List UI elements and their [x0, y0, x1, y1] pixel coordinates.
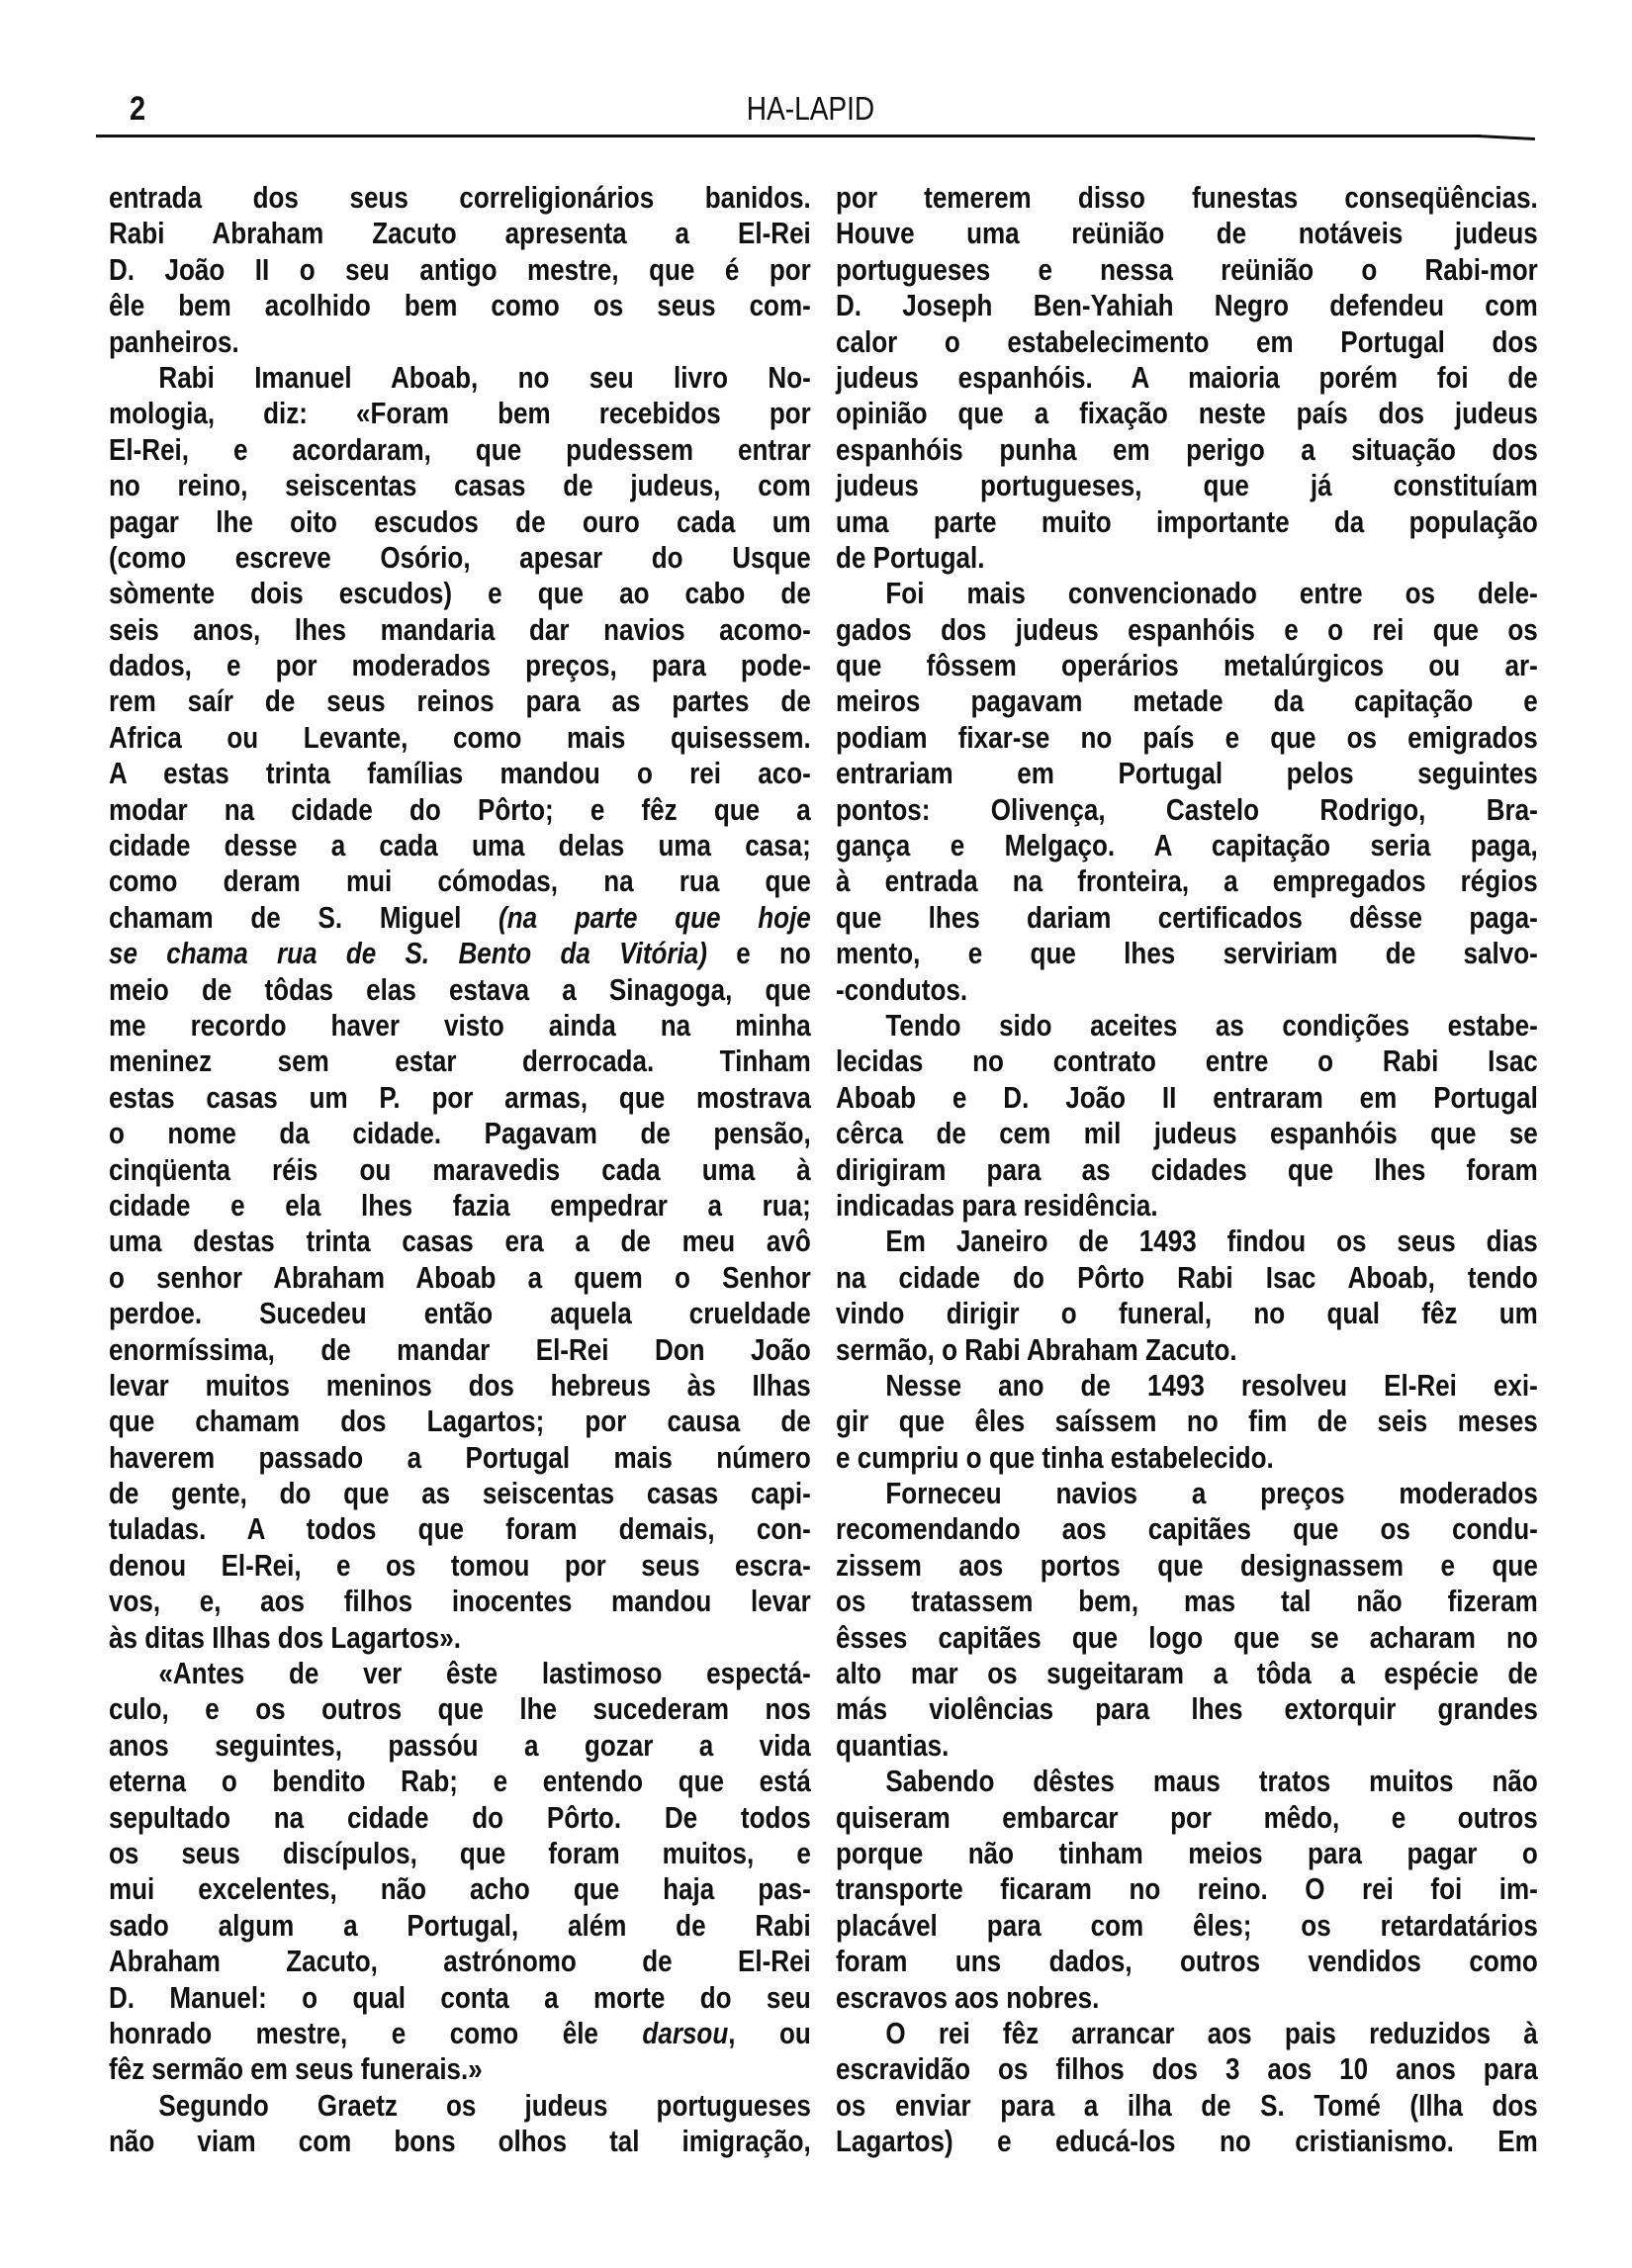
text-run: alto mar os sugeitaram a tôda a espécie … — [836, 1656, 1538, 1690]
text-run: gança e Melgaço. A capitação seria paga, — [836, 828, 1538, 862]
text-line: Foi mais convencionado entre os dele- — [836, 576, 1538, 611]
text-run: haverem passado a Portugal mais número — [109, 1440, 811, 1475]
text-line: os enviar para a ilha de S. Tomé (Ilha d… — [836, 2088, 1538, 2124]
left-column: entrada dos seus correligionários banido… — [109, 180, 811, 2159]
text-run: sado algum a Portugal, além de Rabi — [109, 1908, 811, 1943]
text-run: e cumpriu o que tinha estabelecido. — [836, 1440, 1274, 1475]
text-line: meiros pagavam metade da capitação e — [836, 683, 1538, 719]
text-run: portugueses e nessa reünião o Rabi-mor — [836, 252, 1538, 287]
text-run: não viam com bons olhos tal imigração, — [109, 2124, 811, 2158]
text-run: honrado mestre, e como êle — [109, 2016, 642, 2050]
text-line: Houve uma reünião de notáveis judeus — [836, 216, 1538, 251]
text-run: transporte ficaram no reino. O rei foi i… — [836, 1871, 1538, 1906]
text-run: à entrada na fronteira, a empregados rég… — [836, 863, 1538, 898]
text-line: de gente, do que as seiscentas casas cap… — [109, 1476, 811, 1511]
text-line: judeus espanhóis. A maioria porém foi de — [836, 360, 1538, 396]
text-run: o senhor Abraham Aboab a quem o Senhor — [109, 1260, 811, 1295]
text-run: entrada dos seus correligionários banido… — [109, 180, 811, 215]
text-line: eterna o bendito Rab; e entendo que está — [109, 1764, 811, 1799]
page-number: 2 — [130, 90, 145, 129]
running-title: HA-LAPID — [203, 90, 1417, 128]
text-line: cidade desse a cada uma delas uma casa; — [109, 828, 811, 863]
text-line: levar muitos meninos dos hebreus às Ilha… — [109, 1368, 811, 1404]
text-run: meiros pagavam metade da capitação e — [836, 683, 1538, 718]
text-line: cêrca de cem mil judeus espanhóis que se — [836, 1116, 1538, 1151]
text-line: Sabendo dêstes maus tratos muitos não — [836, 1764, 1538, 1799]
text-run: mologia, diz: «Foram bem recebidos por — [109, 396, 811, 430]
text-line: zissem aos portos que designassem e que — [836, 1548, 1538, 1584]
text-line: «Antes de ver êste lastimoso espectá- — [109, 1656, 811, 1691]
text-line: Nesse ano de 1493 resolveu El-Rei exi- — [836, 1368, 1538, 1404]
text-line: Segundo Graetz os judeus portugueses — [109, 2088, 811, 2124]
text-line: sado algum a Portugal, além de Rabi — [109, 1908, 811, 1944]
text-line: o nome da cidade. Pagavam de pensão, — [109, 1116, 811, 1151]
text-run: Rabi Abraham Zacuto apresenta a El-Rei — [109, 216, 811, 250]
text-line: perdoe. Sucedeu então aquela crueldade — [109, 1296, 811, 1331]
text-line: quantias. — [836, 1728, 1538, 1764]
text-run: panheiros. — [109, 324, 239, 359]
right-column: por temerem disso funestas conseqüências… — [836, 180, 1538, 2159]
text-run: podiam fixar-se no país e que os emigrad… — [836, 720, 1538, 755]
text-line: D. João II o seu antigo mestre, que é po… — [109, 252, 811, 288]
text-line: Tendo sido aceites as condições estabe- — [836, 1008, 1538, 1043]
text-line: escravidão os filhos dos 3 aos 10 anos p… — [836, 2051, 1538, 2087]
text-line: mui excelentes, não acho que haja pas- — [109, 1871, 811, 1907]
text-line: lecidas no contrato entre o Rabi Isac — [836, 1043, 1538, 1079]
text-run: Tendo sido aceites as condições estabe- — [885, 1008, 1537, 1043]
text-run: foram uns dados, outros vendidos como — [836, 1944, 1538, 1978]
text-run: dados, e por moderados preços, para pode… — [109, 648, 811, 682]
text-line: recomendando aos capitães que os condu- — [836, 1511, 1538, 1547]
text-line: modar na cidade do Pôrto; e fêz que a — [109, 792, 811, 828]
text-run: gados dos judeus espanhóis e o rei que o… — [836, 612, 1538, 647]
text-run: Africa ou Levante, como mais quisessem. — [109, 720, 811, 755]
text-run: pagar lhe oito escudos de ouro cada um — [109, 504, 811, 539]
text-run: o nome da cidade. Pagavam de pensão, — [109, 1116, 811, 1150]
text-run: êle bem acolhido bem como os seus com- — [109, 288, 811, 322]
text-run: escravidão os filhos dos 3 aos 10 anos p… — [836, 2051, 1538, 2086]
text-line: de Portugal. — [836, 540, 1538, 576]
text-line: transporte ficaram no reino. O rei foi i… — [836, 1871, 1538, 1907]
text-run: zissem aos portos que designassem e que — [836, 1548, 1538, 1583]
text-line: portugueses e nessa reünião o Rabi-mor — [836, 252, 1538, 288]
text-line: os tratassem bem, mas tal não fizeram — [836, 1584, 1538, 1619]
text-line: vos, e, aos filhos inocentes mandou leva… — [109, 1584, 811, 1619]
text-line: gança e Melgaço. A capitação seria paga, — [836, 828, 1538, 863]
text-line: que chamam dos Lagartos; por causa de — [109, 1404, 811, 1439]
text-line: fêz sermão em seus funerais.» — [109, 2051, 811, 2087]
text-run: Sabendo dêstes maus tratos muitos não — [885, 1764, 1537, 1798]
text-line: no reino, seiscentas casas de judeus, co… — [109, 468, 811, 503]
text-line: espanhóis punha em perigo a situação dos — [836, 432, 1538, 468]
text-run: meninez sem estar derrocada. Tinham — [109, 1043, 811, 1078]
text-run: Lagartos) e educá-los no cristianismo. E… — [836, 2124, 1538, 2158]
text-run: Segundo Graetz os judeus portugueses — [158, 2088, 810, 2123]
text-run: judeus portugueses, que já constituíam — [836, 468, 1538, 502]
text-run: tuladas. A todos que foram demais, con- — [109, 1511, 811, 1546]
text-run: Foi mais convencionado entre os dele- — [885, 576, 1537, 610]
text-run: por temerem disso funestas conseqüências… — [836, 180, 1538, 215]
text-run: pontos: Olivença, Castelo Rodrigo, Bra- — [836, 792, 1538, 827]
text-line: sepultado na cidade do Pôrto. De todos — [109, 1800, 811, 1836]
text-line: à entrada na fronteira, a empregados rég… — [836, 863, 1538, 899]
text-line: estas casas um P. por armas, que mostrav… — [109, 1080, 811, 1116]
text-line: cidade e ela lhes fazia empedrar a rua; — [109, 1188, 811, 1224]
text-run: de gente, do que as seiscentas casas cap… — [109, 1476, 811, 1510]
text-run: más violências para lhes extorquir grand… — [836, 1691, 1538, 1726]
text-line: sòmente dois escudos) e que ao cabo de — [109, 576, 811, 611]
text-run: uma destas trinta casas era a de meu avô — [109, 1224, 811, 1258]
text-run: Forneceu navios a preços moderados — [885, 1476, 1537, 1510]
text-run: A estas trinta famílias mandou o rei aco… — [109, 756, 811, 790]
text-line: más violências para lhes extorquir grand… — [836, 1691, 1538, 1727]
text-line: -condutos. — [836, 972, 1538, 1008]
text-run: fêz sermão em seus funerais.» — [109, 2051, 483, 2086]
text-run: culo, e os outros que lhe sucederam nos — [109, 1691, 811, 1726]
text-run: no reino, seiscentas casas de judeus, co… — [109, 468, 811, 502]
text-line: pagar lhe oito escudos de ouro cada um — [109, 504, 811, 540]
italic-run: (na parte que hoje — [499, 900, 811, 935]
text-line: Lagartos) e educá-los no cristianismo. E… — [836, 2124, 1538, 2159]
text-line: mologia, diz: «Foram bem recebidos por — [109, 396, 811, 431]
text-run: , ou — [728, 2016, 811, 2050]
text-run: espanhóis punha em perigo a situação dos — [836, 432, 1538, 467]
text-run: que chamam dos Lagartos; por causa de — [109, 1404, 811, 1438]
text-run: rem saír de seus reinos para as partes d… — [109, 683, 811, 718]
header-rule — [96, 135, 1481, 137]
text-line: denou El-Rei, e os tomou por seus escra- — [109, 1548, 811, 1584]
text-line: (como escreve Osório, apesar do Usque — [109, 540, 811, 576]
text-line: rem saír de seus reinos para as partes d… — [109, 683, 811, 719]
text-line: El-Rei, e acordaram, que pudessem entrar — [109, 432, 811, 468]
text-run: entrariam em Portugal pelos seguintes — [836, 756, 1538, 790]
text-run: quantias. — [836, 1728, 949, 1763]
text-line: Abraham Zacuto, astrónomo de El-Rei — [109, 1944, 811, 1979]
text-run: êsses capitães que logo que se acharam n… — [836, 1620, 1538, 1655]
text-run: -condutos. — [836, 972, 967, 1007]
text-line: uma destas trinta casas era a de meu avô — [109, 1224, 811, 1259]
text-run: vindo dirigir o funeral, no qual fêz um — [836, 1296, 1538, 1330]
text-line: gados dos judeus espanhóis e o rei que o… — [836, 612, 1538, 648]
text-run: perdoe. Sucedeu então aquela crueldade — [109, 1296, 811, 1330]
text-line: podiam fixar-se no país e que os emigrad… — [836, 720, 1538, 756]
text-line: cinqüenta réis ou maravedis cada uma à — [109, 1152, 811, 1188]
text-run: como deram mui cómodas, na rua que — [109, 863, 811, 898]
text-line: meninez sem estar derrocada. Tinham — [109, 1043, 811, 1079]
text-run: opinião que a fixação neste país dos jud… — [836, 396, 1538, 430]
text-line: entrada dos seus correligionários banido… — [109, 180, 811, 216]
text-line: por temerem disso funestas conseqüências… — [836, 180, 1538, 216]
text-line: Em Janeiro de 1493 findou os seus dias — [836, 1224, 1538, 1259]
text-run: El-Rei, e acordaram, que pudessem entrar — [109, 432, 811, 467]
italic-run: darsou — [642, 2016, 728, 2050]
text-line: não viam com bons olhos tal imigração, — [109, 2124, 811, 2159]
text-line: calor o estabelecimento em Portugal dos — [836, 324, 1538, 360]
text-line: D. Joseph Ben-Yahiah Negro defendeu com — [836, 288, 1538, 323]
text-line: tuladas. A todos que foram demais, con- — [109, 1511, 811, 1547]
text-run: levar muitos meninos dos hebreus às Ilha… — [109, 1368, 811, 1403]
text-run: meio de tôdas elas estava a Sinagoga, qu… — [109, 972, 811, 1007]
text-line: Africa ou Levante, como mais quisessem. — [109, 720, 811, 756]
text-run: anos seguintes, passóu a gozar a vida — [109, 1728, 811, 1763]
text-run: estas casas um P. por armas, que mostrav… — [109, 1080, 811, 1115]
text-line: enormíssima, de mandar El-Rei Don João — [109, 1332, 811, 1368]
text-line: Forneceu navios a preços moderados — [836, 1476, 1538, 1511]
text-line: dados, e por moderados preços, para pode… — [109, 648, 811, 683]
text-run: às ditas Ilhas dos Lagartos». — [109, 1620, 461, 1655]
text-run: Rabi Imanuel Aboab, no seu livro No- — [158, 360, 810, 395]
text-run: mui excelentes, não acho que haja pas- — [109, 1871, 811, 1906]
text-run: quiseram embarcar por mêdo, e outros — [836, 1800, 1538, 1835]
text-line: porque não tinham meios para pagar o — [836, 1836, 1538, 1871]
text-line: os seus discípulos, que foram muitos, e — [109, 1836, 811, 1871]
text-line: me recordo haver visto ainda na minha — [109, 1008, 811, 1043]
text-run: sepultado na cidade do Pôrto. De todos — [109, 1800, 811, 1835]
text-run: que lhes dariam certificados dêsse paga- — [836, 900, 1538, 935]
text-run: D. Joseph Ben-Yahiah Negro defendeu com — [836, 288, 1538, 322]
text-run: enormíssima, de mandar El-Rei Don João — [109, 1332, 811, 1367]
text-line: culo, e os outros que lhe sucederam nos — [109, 1691, 811, 1727]
text-line: seis anos, lhes mandaria dar navios acom… — [109, 612, 811, 648]
text-run: «Antes de ver êste lastimoso espectá- — [158, 1656, 810, 1690]
text-run: recomendando aos capitães que os condu- — [836, 1511, 1538, 1546]
text-line: indicadas para residência. — [836, 1188, 1538, 1224]
text-run: que fôssem operários metalúrgicos ou ar- — [836, 648, 1538, 682]
text-line: foram uns dados, outros vendidos como — [836, 1944, 1538, 1979]
text-line: se chama rua de S. Bento da Vitória) e n… — [109, 936, 811, 971]
text-line: e cumpriu o que tinha estabelecido. — [836, 1440, 1538, 1476]
text-line: Rabi Imanuel Aboab, no seu livro No- — [109, 360, 811, 396]
text-run: calor o estabelecimento em Portugal dos — [836, 324, 1538, 359]
text-line: Aboab e D. João II entraram em Portugal — [836, 1080, 1538, 1116]
text-run: gir que êles saíssem no fim de seis mese… — [836, 1404, 1538, 1438]
text-line: que fôssem operários metalúrgicos ou ar- — [836, 648, 1538, 683]
text-run: modar na cidade do Pôrto; e fêz que a — [109, 792, 811, 827]
text-line: alto mar os sugeitaram a tôda a espécie … — [836, 1656, 1538, 1691]
text-line: o senhor Abraham Aboab a quem o Senhor — [109, 1260, 811, 1296]
text-line: A estas trinta famílias mandou o rei aco… — [109, 756, 811, 791]
text-run: denou El-Rei, e os tomou por seus escra- — [109, 1548, 811, 1583]
text-line: êsses capitães que logo que se acharam n… — [836, 1620, 1538, 1656]
text-run: cidade desse a cada uma delas uma casa; — [109, 828, 811, 862]
text-run: Abraham Zacuto, astrónomo de El-Rei — [109, 1944, 811, 1978]
text-run: O rei fêz arrancar aos pais reduzidos à — [885, 2016, 1537, 2050]
text-run: e no — [707, 936, 811, 970]
text-line: chamam de S. Miguel (na parte que hoje — [109, 900, 811, 936]
text-run: cinqüenta réis ou maravedis cada uma à — [109, 1152, 811, 1187]
text-line: panheiros. — [109, 324, 811, 360]
text-line: honrado mestre, e como êle darsou, ou — [109, 2016, 811, 2051]
text-run: me recordo haver visto ainda na minha — [109, 1008, 811, 1043]
text-run: cidade e ela lhes fazia empedrar a rua; — [109, 1188, 811, 1223]
text-run: uma parte muito importante da população — [836, 504, 1538, 539]
text-line: uma parte muito importante da população — [836, 504, 1538, 540]
text-line: mento, e que lhes serviriam de salvo- — [836, 936, 1538, 971]
text-run: indicadas para residência. — [836, 1188, 1158, 1223]
text-run: D. Manuel: o qual conta a morte do seu — [109, 1980, 811, 2015]
text-line: haverem passado a Portugal mais número — [109, 1440, 811, 1476]
text-run: Houve uma reünião de notáveis judeus — [836, 216, 1538, 250]
text-run: os tratassem bem, mas tal não fizeram — [836, 1584, 1538, 1618]
text-run: judeus espanhóis. A maioria porém foi de — [836, 360, 1538, 395]
text-line: dirigiram para as cidades que lhes foram — [836, 1152, 1538, 1188]
text-run: eterna o bendito Rab; e entendo que está — [109, 1764, 811, 1798]
italic-run: se chama rua de S. Bento da Vitória) — [109, 936, 707, 970]
text-run: Nesse ano de 1493 resolveu El-Rei exi- — [885, 1368, 1537, 1403]
text-line: vindo dirigir o funeral, no qual fêz um — [836, 1296, 1538, 1331]
text-line: entrariam em Portugal pelos seguintes — [836, 756, 1538, 791]
text-line: Rabi Abraham Zacuto apresenta a El-Rei — [109, 216, 811, 251]
text-run: porque não tinham meios para pagar o — [836, 1836, 1538, 1870]
text-run: D. João II o seu antigo mestre, que é po… — [109, 252, 811, 287]
text-line: escravos aos nobres. — [836, 1980, 1538, 2016]
text-run: sermão, o Rabi Abraham Zacuto. — [836, 1332, 1237, 1367]
text-line: êle bem acolhido bem como os seus com- — [109, 288, 811, 323]
text-line: às ditas Ilhas dos Lagartos». — [109, 1620, 811, 1656]
text-run: chamam de S. Miguel — [109, 900, 499, 935]
text-run: vos, e, aos filhos inocentes mandou leva… — [109, 1584, 811, 1618]
text-line: como deram mui cómodas, na rua que — [109, 863, 811, 899]
text-run: os enviar para a ilha de S. Tomé (Ilha d… — [836, 2088, 1538, 2123]
text-run: (como escreve Osório, apesar do Usque — [109, 540, 811, 575]
text-line: opinião que a fixação neste país dos jud… — [836, 396, 1538, 431]
text-run: placável para com êles; os retardatários — [836, 1908, 1538, 1943]
text-run: sòmente dois escudos) e que ao cabo de — [109, 576, 811, 610]
text-line: placável para com êles; os retardatários — [836, 1908, 1538, 1944]
text-line: na cidade do Pôrto Rabi Isac Aboab, tend… — [836, 1260, 1538, 1296]
text-line: anos seguintes, passóu a gozar a vida — [109, 1728, 811, 1764]
text-line: sermão, o Rabi Abraham Zacuto. — [836, 1332, 1538, 1368]
text-line: judeus portugueses, que já constituíam — [836, 468, 1538, 503]
text-run: seis anos, lhes mandaria dar navios acom… — [109, 612, 811, 647]
text-run: na cidade do Pôrto Rabi Isac Aboab, tend… — [836, 1260, 1538, 1295]
text-run: os seus discípulos, que foram muitos, e — [109, 1836, 811, 1870]
text-run: lecidas no contrato entre o Rabi Isac — [836, 1043, 1538, 1078]
text-run: dirigiram para as cidades que lhes foram — [836, 1152, 1538, 1187]
text-run: escravos aos nobres. — [836, 1980, 1099, 2015]
text-line: pontos: Olivença, Castelo Rodrigo, Bra- — [836, 792, 1538, 828]
text-line: quiseram embarcar por mêdo, e outros — [836, 1800, 1538, 1836]
text-line: O rei fêz arrancar aos pais reduzidos à — [836, 2016, 1538, 2051]
text-line: meio de tôdas elas estava a Sinagoga, qu… — [109, 972, 811, 1008]
text-run: Aboab e D. João II entraram em Portugal — [836, 1080, 1538, 1115]
text-line: gir que êles saíssem no fim de seis mese… — [836, 1404, 1538, 1439]
text-run: mento, e que lhes serviriam de salvo- — [836, 936, 1538, 970]
text-run: Em Janeiro de 1493 findou os seus dias — [885, 1224, 1537, 1258]
text-run: cêrca de cem mil judeus espanhóis que se — [836, 1116, 1538, 1150]
text-line: D. Manuel: o qual conta a morte do seu — [109, 1980, 811, 2016]
text-run: de Portugal. — [836, 540, 984, 575]
text-line: que lhes dariam certificados dêsse paga- — [836, 900, 1538, 936]
